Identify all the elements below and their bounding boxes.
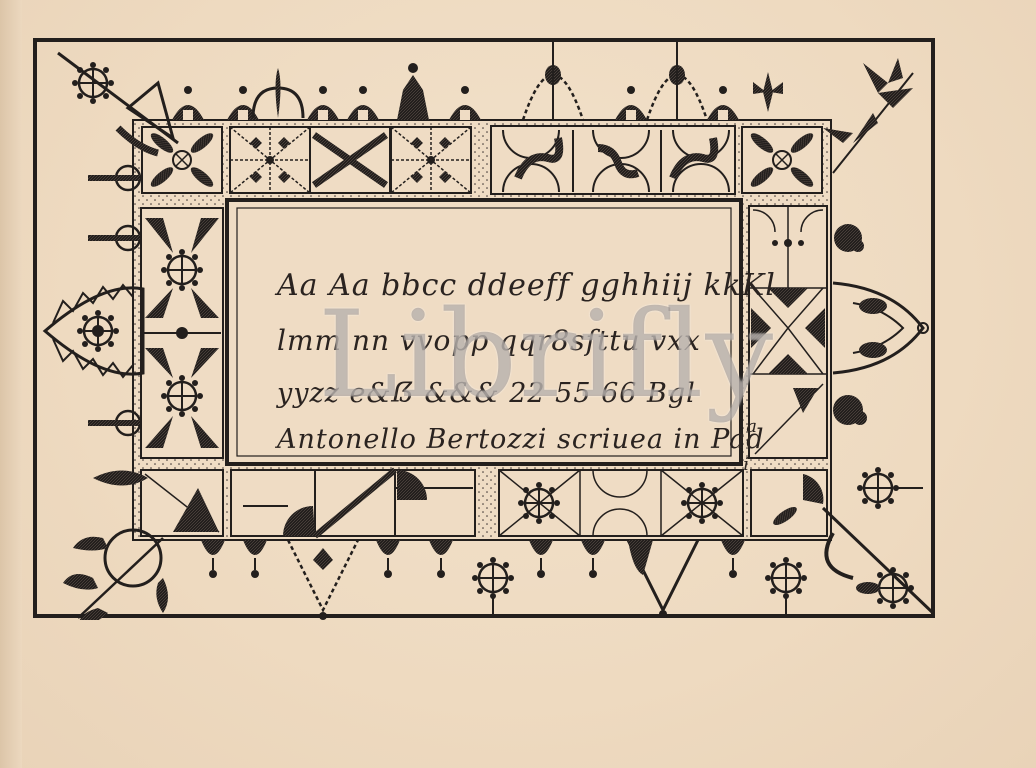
abbreviation-subscript: i <box>743 454 749 475</box>
paper-page: Aa Aa bbcc ddeeff gghhiij kkKl lmm nn vv… <box>0 0 1036 768</box>
signature-line: Antonello Bertozzi scriuea in Pad <box>277 424 764 455</box>
watermark: Librifly <box>318 296 775 416</box>
book-gutter <box>0 0 22 768</box>
